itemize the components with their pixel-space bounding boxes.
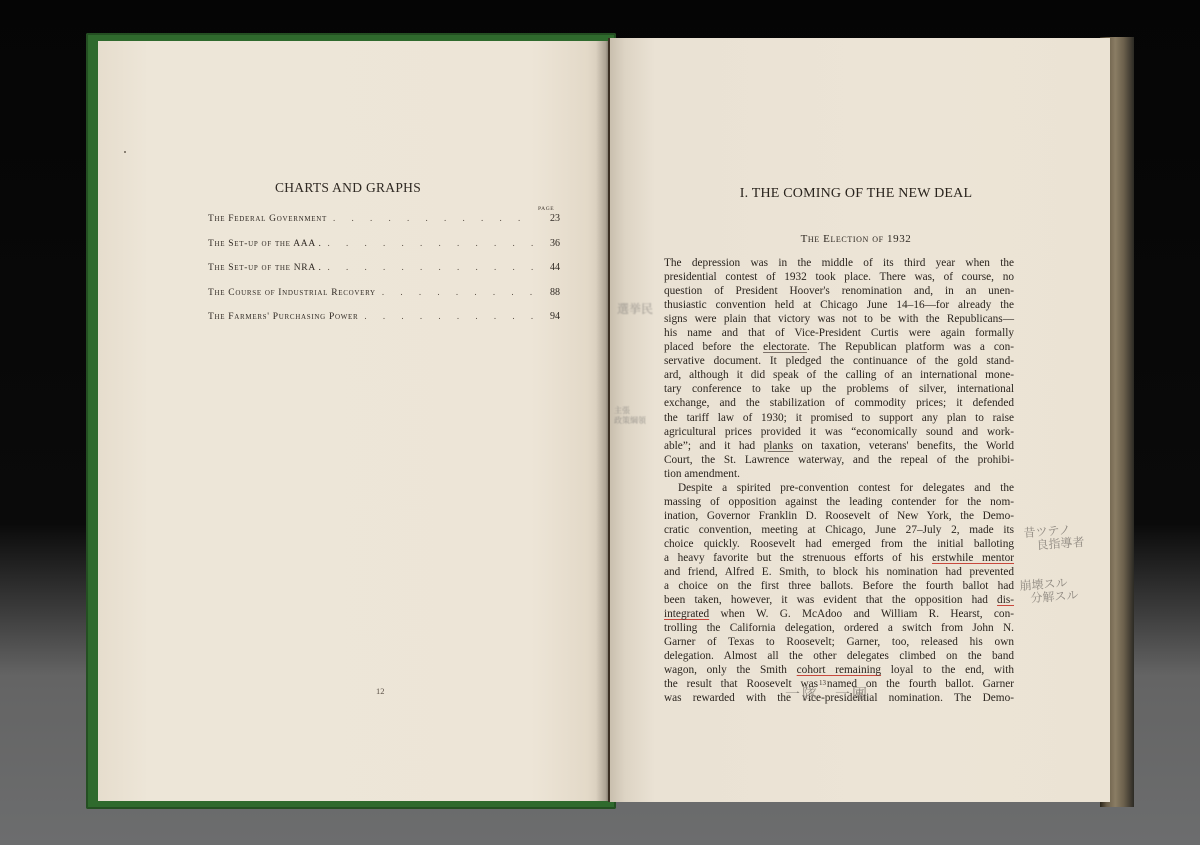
page-number-left: 12 xyxy=(376,686,385,696)
underlined-word-dis: dis- xyxy=(997,594,1014,606)
text-line: a choice on the first three ballots. Bef… xyxy=(664,579,1014,593)
text-line: agricultural prices provided it was “eco… xyxy=(664,425,1014,439)
leader-dots: . . . . . . . . . . . . . . . . . . . . … xyxy=(328,238,536,248)
text-fragment: been taken, however, it was evident that… xyxy=(664,594,997,606)
underlined-word-integrated: integrated xyxy=(664,608,709,620)
text-line: tion amendment. xyxy=(664,467,1014,481)
text-line: the tariff law of 1930; it promised to s… xyxy=(664,411,1014,425)
text-fragment: wagon, only the Smith xyxy=(664,664,797,676)
page-number-right: 13 xyxy=(819,679,826,687)
chart-entry-page: 23 xyxy=(542,213,560,224)
text-line: cratic convention, meeting at Chicago, J… xyxy=(664,523,1014,537)
text-line: The depression was in the middle of its … xyxy=(664,256,1014,270)
chapter-title: I. THE COMING OF THE NEW DEAL xyxy=(686,186,1026,202)
charts-list: The Federal Government . . . . . . . . .… xyxy=(208,213,560,336)
underlined-word-planks: planks xyxy=(764,440,794,452)
chart-entry-title: The Set-up of the NRA . xyxy=(208,263,322,273)
text-line: a heavy favorite but the strenuous effor… xyxy=(664,551,1014,565)
text-line: Court, the St. Lawrence waterway, and th… xyxy=(664,453,1014,467)
paper-speck xyxy=(124,151,126,153)
text-line: ination, Governor Franklin D. Roosevelt … xyxy=(664,509,1014,523)
charts-list-item: The Set-up of the NRA . . . . . . . . . … xyxy=(208,262,560,287)
handwritten-word: 一隊 xyxy=(785,685,819,703)
leader-dots: . . . . . . . . . . . . . . . . . . . . … xyxy=(382,287,536,297)
text-line: able”; and it had planks on taxation, ve… xyxy=(664,439,1014,453)
text-line: delegation. Almost all the other delegat… xyxy=(664,649,1014,663)
text-line: choice quickly. Roosevelt had emerged fr… xyxy=(664,537,1014,551)
chart-entry-title: The Farmers' Purchasing Power xyxy=(208,312,358,322)
handwritten-note-disintegrated: 崩壊スル 分解スル xyxy=(1019,576,1079,606)
text-line: massing of opposition against the leadin… xyxy=(664,495,1014,509)
text-fragment: able”; and it had xyxy=(664,440,764,452)
handwritten-line: 主張 xyxy=(614,406,646,416)
text-fragment: loyal to the end, with xyxy=(881,664,1014,676)
text-fragment: . The Republican platform was a con- xyxy=(807,341,1014,353)
section-title: The Election of 1932 xyxy=(686,233,1026,245)
underlined-phrase-cohort-remaining: cohort remaining xyxy=(797,664,881,676)
charts-list-item: The Farmers' Purchasing Power . . . . . … xyxy=(208,311,560,336)
underlined-phrase-erstwhile-mentor: erstwhile mentor xyxy=(932,552,1014,564)
chart-entry-page: 88 xyxy=(542,287,560,298)
body-text: The depression was in the middle of its … xyxy=(664,256,1014,706)
text-line: Garner of Texas to Roosevelt; Garner, to… xyxy=(664,635,1014,649)
chart-entry-page: 44 xyxy=(542,262,560,273)
text-line: signs were plain that victory was not to… xyxy=(664,312,1014,326)
handwritten-note-cohort: 一隊一團 xyxy=(785,683,869,704)
chart-entry-page: 94 xyxy=(542,311,560,322)
text-line: thusiastic convention held at Chicago Ju… xyxy=(664,298,1014,312)
text-line: ard, although it did speak of the callin… xyxy=(664,368,1014,382)
text-fragment: on taxation, veterans' benefits, the Wor… xyxy=(793,440,1014,452)
text-line: Despite a spirited pre-convention contes… xyxy=(664,481,1014,495)
chart-entry-page: 36 xyxy=(542,238,560,249)
charts-list-item: The Federal Government . . . . . . . . .… xyxy=(208,213,560,238)
text-line: integrated when W. G. McAdoo and William… xyxy=(664,607,1014,621)
text-fragment: when W. G. McAdoo and William R. Hearst,… xyxy=(709,608,1014,620)
text-line: question of President Hoover's renominat… xyxy=(664,284,1014,298)
handwritten-note-planks: 主張 政策綱領 xyxy=(614,406,646,426)
handwritten-note-electorate: 選挙民 xyxy=(617,300,653,317)
leader-dots: . . . . . . . . . . . . . . . . . . . . … xyxy=(328,262,536,272)
text-line: presidential contest of 1932 took place.… xyxy=(664,270,1014,284)
text-line: his name and that of Vice-President Curt… xyxy=(664,326,1014,340)
handwritten-word: 一團 xyxy=(835,685,869,703)
text-line: servative document. It pledged the conti… xyxy=(664,354,1014,368)
underlined-word-electorate: electorate xyxy=(763,341,807,353)
text-line: placed before the electorate. The Republ… xyxy=(664,340,1014,354)
text-line: trolling the California delegation, orde… xyxy=(664,621,1014,635)
text-fragment: a heavy favorite but the strenuous effor… xyxy=(664,552,932,564)
text-line: tary conference to take up the problems … xyxy=(664,382,1014,396)
leader-dots: . . . . . . . . . . . . . . . . . . . . … xyxy=(333,213,536,223)
chart-entry-title: The Course of Industrial Recovery xyxy=(208,288,376,298)
right-page: I. THE COMING OF THE NEW DEAL The Electi… xyxy=(608,38,1110,802)
charts-and-graphs-title: CHARTS AND GRAPHS xyxy=(208,180,488,196)
leader-dots: . . . . . . . . . . . . . . . . . . . . … xyxy=(364,311,536,321)
charts-list-item: The Set-up of the AAA . . . . . . . . . … xyxy=(208,238,560,263)
text-line: exchange, and the stabilization of commo… xyxy=(664,396,1014,410)
handwritten-note-erstwhile-mentor: 昔ツテノ 良指導者 xyxy=(1023,523,1085,553)
handwritten-line: 政策綱領 xyxy=(614,416,646,426)
chart-entry-title: The Federal Government xyxy=(208,214,327,224)
text-fragment: placed before the xyxy=(664,341,763,353)
text-line: and friend, Alfred E. Smith, to block hi… xyxy=(664,565,1014,579)
text-line: wagon, only the Smith cohort remaining l… xyxy=(664,663,1014,677)
chart-entry-title: The Set-up of the AAA . xyxy=(208,239,322,249)
text-line: been taken, however, it was evident that… xyxy=(664,593,1014,607)
page-column-label: PAGE xyxy=(538,206,554,212)
left-page: CHARTS AND GRAPHS PAGE The Federal Gover… xyxy=(98,41,608,801)
charts-list-item: The Course of Industrial Recovery . . . … xyxy=(208,287,560,312)
